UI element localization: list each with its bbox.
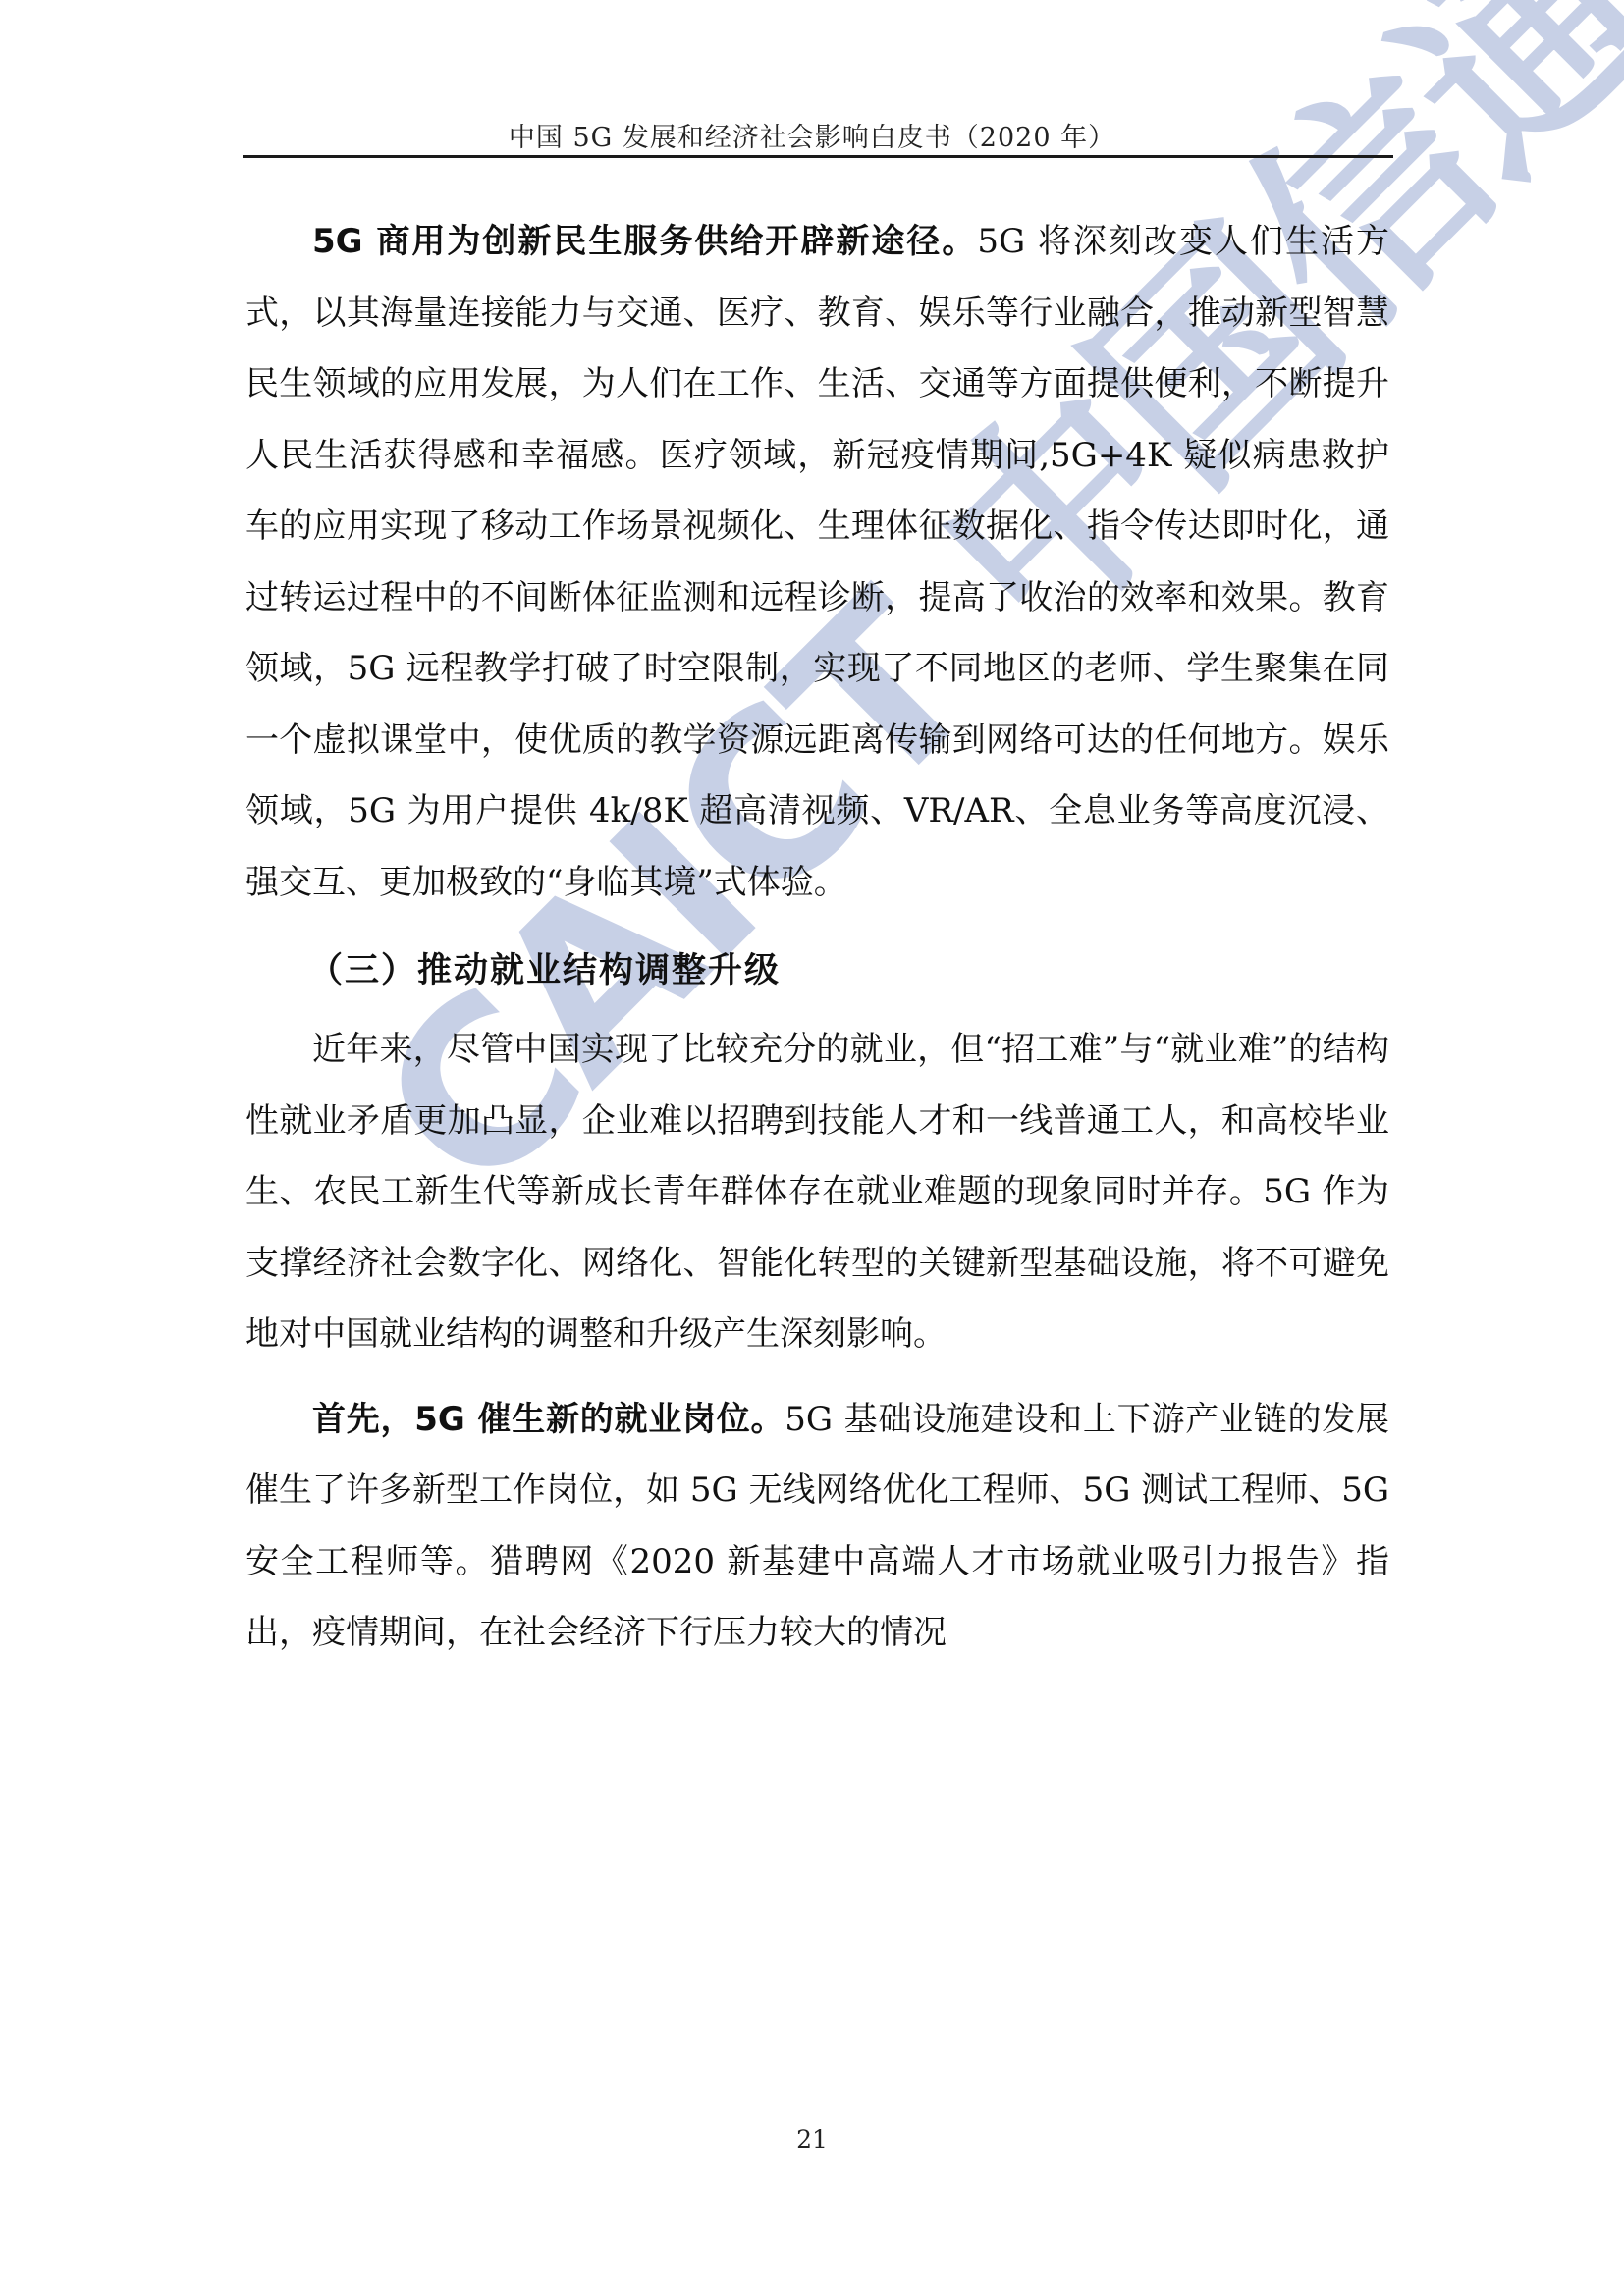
paragraph-new-jobs: 首先，5G 催生新的就业岗位。5G 基础设施建设和上下游产业链的发展催生了许多新… — [245, 1384, 1389, 1669]
document-body: 5G 商用为创新民生服务供给开辟新途径。5G 将深刻改变人们生活方式，以其海量连… — [245, 206, 1389, 1669]
header-rule-divider — [243, 155, 1393, 158]
running-header-title: 中国 5G 发展和经济社会影响白皮书（2020 年） — [0, 116, 1624, 154]
section-heading: （三）推动就业结构调整升级 — [245, 932, 1389, 1010]
paragraph-5g-livelihood: 5G 商用为创新民生服务供给开辟新途径。5G 将深刻改变人们生活方式，以其海量连… — [245, 206, 1389, 918]
paragraph-lead: 5G 商用为创新民生服务供给开辟新途径。 — [312, 222, 977, 261]
page-number: 21 — [0, 2125, 1624, 2154]
paragraph-text: 5G 将深刻改变人们生活方式，以其海量连接能力与交通、医疗、教育、娱乐等行业融合… — [245, 222, 1389, 902]
paragraph-text: 近年来，尽管中国实现了比较充分的就业，但“招工难”与“就业难”的结构性就业矛盾更… — [245, 1030, 1389, 1354]
paragraph-employment-structure: 近年来，尽管中国实现了比较充分的就业，但“招工难”与“就业难”的结构性就业矛盾更… — [245, 1014, 1389, 1370]
paragraph-lead: 首先，5G 催生新的就业岗位。 — [312, 1400, 785, 1439]
